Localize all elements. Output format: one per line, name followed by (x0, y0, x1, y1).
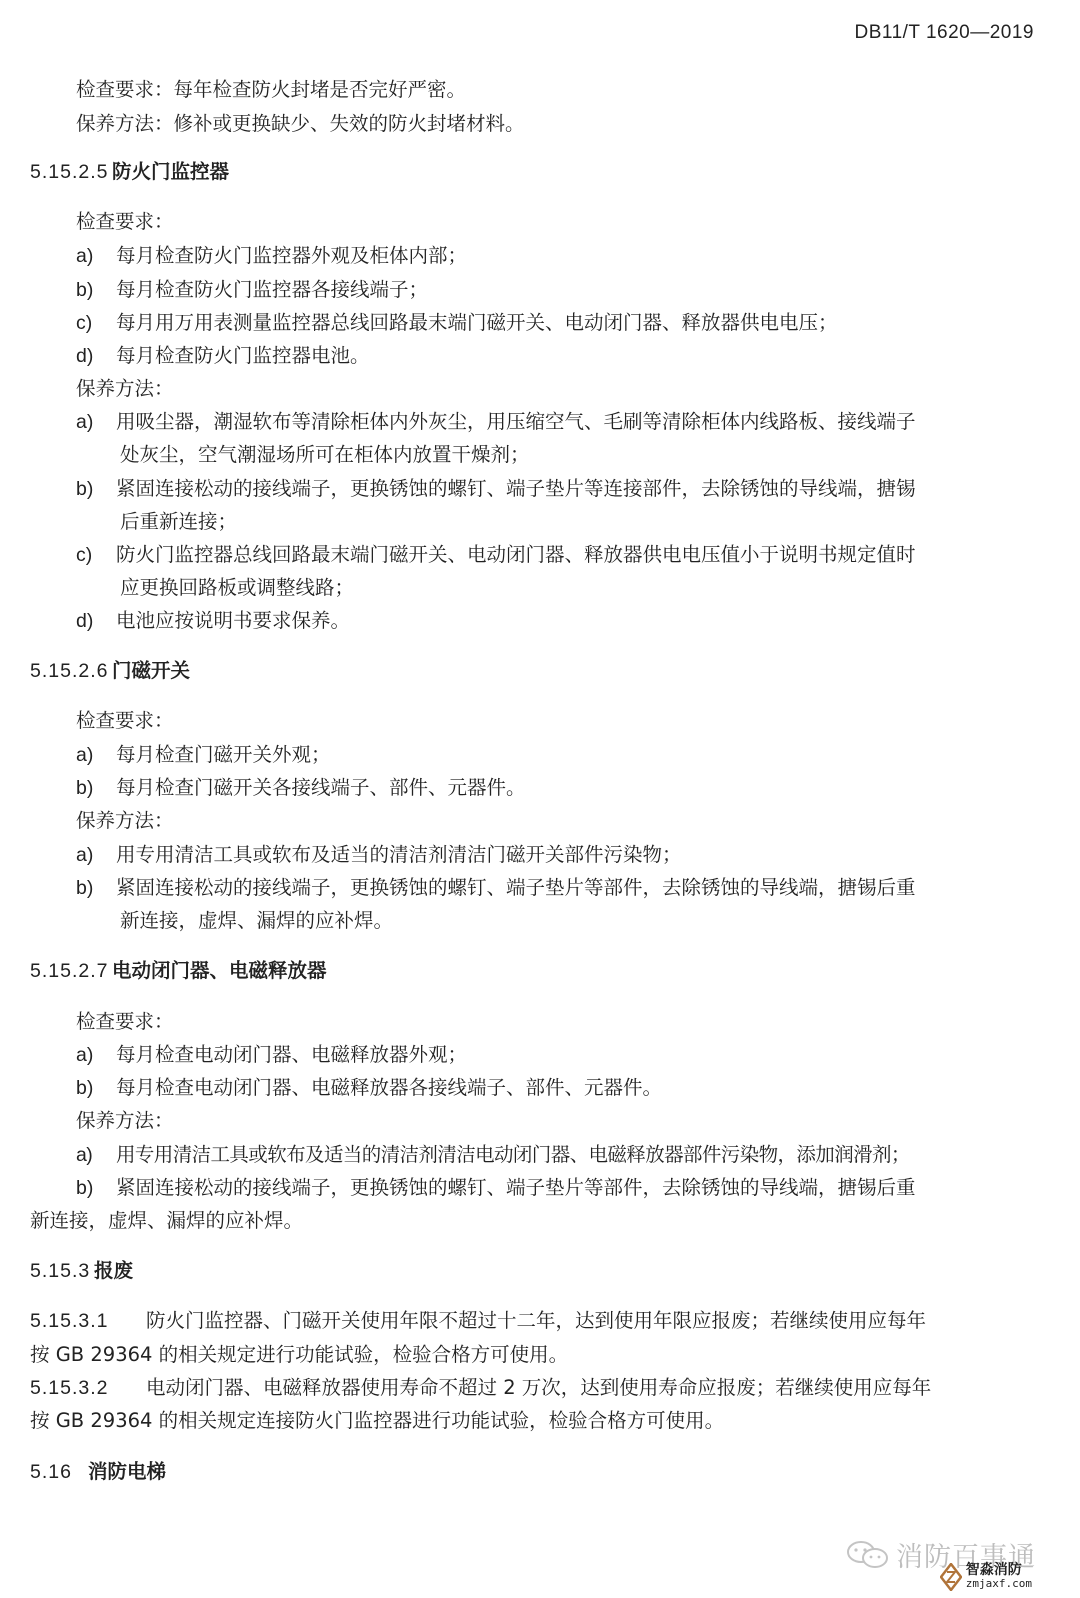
item-text: 每月检查门磁开关外观； (116, 743, 331, 766)
item-text-continued: 新连接，虚焊、漏焊的应补焊。 (120, 909, 393, 933)
clause-number: 5.15.3.2 (30, 1376, 146, 1400)
check-label: 检查要求： (76, 1010, 174, 1034)
list-item: b)每月检查门磁开关各接线端子、部件、元器件。 (76, 776, 526, 800)
maint-label: 保养方法： (76, 377, 174, 401)
list-item: a)每月检查防火门监控器外观及柜体内部； (76, 244, 467, 268)
intro-maint-text: 保养方法：修补或更换缺少、失效的防火封堵材料。 (76, 112, 525, 136)
item-text: 每月检查防火门监控器各接线端子； (116, 278, 428, 301)
maint-label: 保养方法： (76, 1109, 174, 1133)
section-heading-5-15-2-7: 5.15.2.7电动闭门器、电磁释放器 (30, 959, 327, 983)
section-number: 5.16 (30, 1460, 88, 1484)
item-text: 防火门监控器总线回路最末端门磁开关、电动闭门器、释放器供电电压值小于说明书规定值… (116, 543, 916, 566)
section-number: 5.15.2.5 (30, 160, 112, 184)
section-heading-5-16: 5.16消防电梯 (30, 1460, 166, 1484)
item-label: b) (76, 1176, 116, 1200)
item-text: 每月用万用表测量监控器总线回路最末端门磁开关、电动闭门器、释放器供电电压； (116, 311, 838, 334)
list-item: c)防火门监控器总线回路最末端门磁开关、电动闭门器、释放器供电电压值小于说明书规… (76, 543, 916, 567)
document-page: DB11/T 1620—2019 检查要求：每年检查防火封堵是否完好严密。 保养… (0, 0, 1080, 1598)
item-text-continued: 新连接，虚焊、漏焊的应补焊。 (30, 1209, 303, 1233)
section-title: 报废 (94, 1259, 133, 1282)
section-title: 门磁开关 (112, 659, 190, 682)
section-title: 消防电梯 (88, 1460, 166, 1483)
list-item: a)用专用清洁工具或软布及适当的清洁剂清洁门磁开关部件污染物； (76, 843, 682, 867)
list-item: b)紧固连接松动的接线端子，更换锈蚀的螺钉、端子垫片等连接部件，去除锈蚀的导线端… (76, 477, 916, 501)
item-text: 用吸尘器，潮湿软布等清除柜体内外灰尘，用压缩空气、毛刷等清除柜体内线路板、接线端… (116, 410, 916, 433)
wechat-icon (846, 1540, 890, 1570)
section-title: 电动闭门器、电磁释放器 (112, 959, 327, 982)
item-text: 每月检查电动闭门器、电磁释放器外观； (116, 1043, 467, 1066)
item-text-continued: 处灰尘，空气潮湿场所可在柜体内放置干燥剂； (120, 443, 530, 467)
item-label: b) (76, 1076, 116, 1100)
item-label: b) (76, 876, 116, 900)
item-label: a) (76, 244, 116, 268)
item-label: c) (76, 311, 116, 335)
item-label: a) (76, 410, 116, 434)
item-text: 紧固连接松动的接线端子，更换锈蚀的螺钉、端子垫片等部件，去除锈蚀的导线端，搪锡后… (116, 1176, 916, 1199)
item-text: 每月检查电动闭门器、电磁释放器各接线端子、部件、元器件。 (116, 1076, 662, 1099)
section-number: 5.15.3 (30, 1259, 94, 1283)
item-text: 用专用清洁工具或软布及适当的清洁剂清洁电动闭门器、电磁释放器部件污染物，添加润滑… (116, 1143, 910, 1166)
clause-5-15-3-1: 5.15.3.1防火门监控器、门磁开关使用年限不超过十二年，达到使用年限应报废；… (30, 1309, 926, 1333)
item-label: d) (76, 344, 116, 368)
section-heading-5-15-2-6: 5.15.2.6门磁开关 (30, 659, 190, 683)
maint-label: 保养方法： (76, 809, 174, 833)
item-label: b) (76, 776, 116, 800)
item-text: 每月检查防火门监控器电池。 (116, 344, 370, 367)
standard-code: DB11/T 1620—2019 (855, 22, 1034, 44)
clause-text: 防火门监控器、门磁开关使用年限不超过十二年，达到使用年限应报废；若继续使用应每年 (146, 1309, 926, 1332)
item-label: a) (76, 743, 116, 767)
list-item: a)用吸尘器，潮湿软布等清除柜体内外灰尘，用压缩空气、毛刷等清除柜体内线路板、接… (76, 410, 916, 434)
item-text-continued: 应更换回路板或调整线路； (120, 576, 354, 600)
brand-watermark: 智淼消防 zmjaxf.com (940, 1563, 1032, 1591)
list-item: b)紧固连接松动的接线端子，更换锈蚀的螺钉、端子垫片等部件，去除锈蚀的导线端，搪… (76, 876, 916, 900)
item-text: 用专用清洁工具或软布及适当的清洁剂清洁门磁开关部件污染物； (116, 843, 682, 866)
section-number: 5.15.2.6 (30, 659, 112, 683)
item-label: c) (76, 543, 116, 567)
list-item: a)每月检查电动闭门器、电磁释放器外观； (76, 1043, 467, 1067)
item-label: a) (76, 1043, 116, 1067)
section-heading-5-15-3: 5.15.3报废 (30, 1259, 133, 1283)
item-text: 每月检查防火门监控器外观及柜体内部； (116, 244, 467, 267)
brand-name: 智淼消防 (966, 1563, 1032, 1577)
clause-number: 5.15.3.1 (30, 1309, 146, 1333)
item-text: 电池应按说明书要求保养。 (116, 609, 350, 632)
section-heading-5-15-2-5: 5.15.2.5防火门监控器 (30, 160, 229, 184)
list-item: d)每月检查防火门监控器电池。 (76, 344, 370, 368)
list-item: b)紧固连接松动的接线端子，更换锈蚀的螺钉、端子垫片等部件，去除锈蚀的导线端，搪… (76, 1176, 916, 1200)
list-item: b)每月检查电动闭门器、电磁释放器各接线端子、部件、元器件。 (76, 1076, 662, 1100)
item-text: 紧固连接松动的接线端子，更换锈蚀的螺钉、端子垫片等部件，去除锈蚀的导线端，搪锡后… (116, 876, 916, 899)
zm-logo-icon (940, 1563, 962, 1591)
intro-check-text: 检查要求：每年检查防火封堵是否完好严密。 (76, 78, 466, 102)
item-label: b) (76, 477, 116, 501)
list-item: d)电池应按说明书要求保养。 (76, 609, 350, 633)
list-item: c)每月用万用表测量监控器总线回路最末端门磁开关、电动闭门器、释放器供电电压； (76, 311, 838, 335)
brand-url: zmjaxf.com (966, 1577, 1032, 1591)
item-label: d) (76, 609, 116, 633)
clause-5-15-3-2: 5.15.3.2电动闭门器、电磁释放器使用寿命不超过 2 万次，达到使用寿命应报… (30, 1376, 931, 1400)
section-title: 防火门监控器 (112, 160, 229, 183)
item-label: a) (76, 1143, 116, 1167)
item-text: 每月检查门磁开关各接线端子、部件、元器件。 (116, 776, 526, 799)
clause-text-continued: 按 GB 29364 的相关规定连接防火门监控器进行功能试验，检验合格方可使用。 (30, 1409, 724, 1433)
clause-text-continued: 按 GB 29364 的相关规定进行功能试验，检验合格方可使用。 (30, 1343, 568, 1367)
list-item: a)用专用清洁工具或软布及适当的清洁剂清洁电动闭门器、电磁释放器部件污染物，添加… (76, 1143, 910, 1167)
check-label: 检查要求： (76, 210, 174, 234)
check-label: 检查要求： (76, 709, 174, 733)
item-text-continued: 后重新连接； (120, 510, 237, 534)
item-label: a) (76, 843, 116, 867)
section-number: 5.15.2.7 (30, 959, 112, 983)
item-label: b) (76, 278, 116, 302)
list-item: a)每月检查门磁开关外观； (76, 743, 331, 767)
item-text: 紧固连接松动的接线端子，更换锈蚀的螺钉、端子垫片等连接部件，去除锈蚀的导线端，搪… (116, 477, 916, 500)
list-item: b)每月检查防火门监控器各接线端子； (76, 278, 428, 302)
clause-text: 电动闭门器、电磁释放器使用寿命不超过 2 万次，达到使用寿命应报废；若继续使用应… (146, 1376, 931, 1399)
